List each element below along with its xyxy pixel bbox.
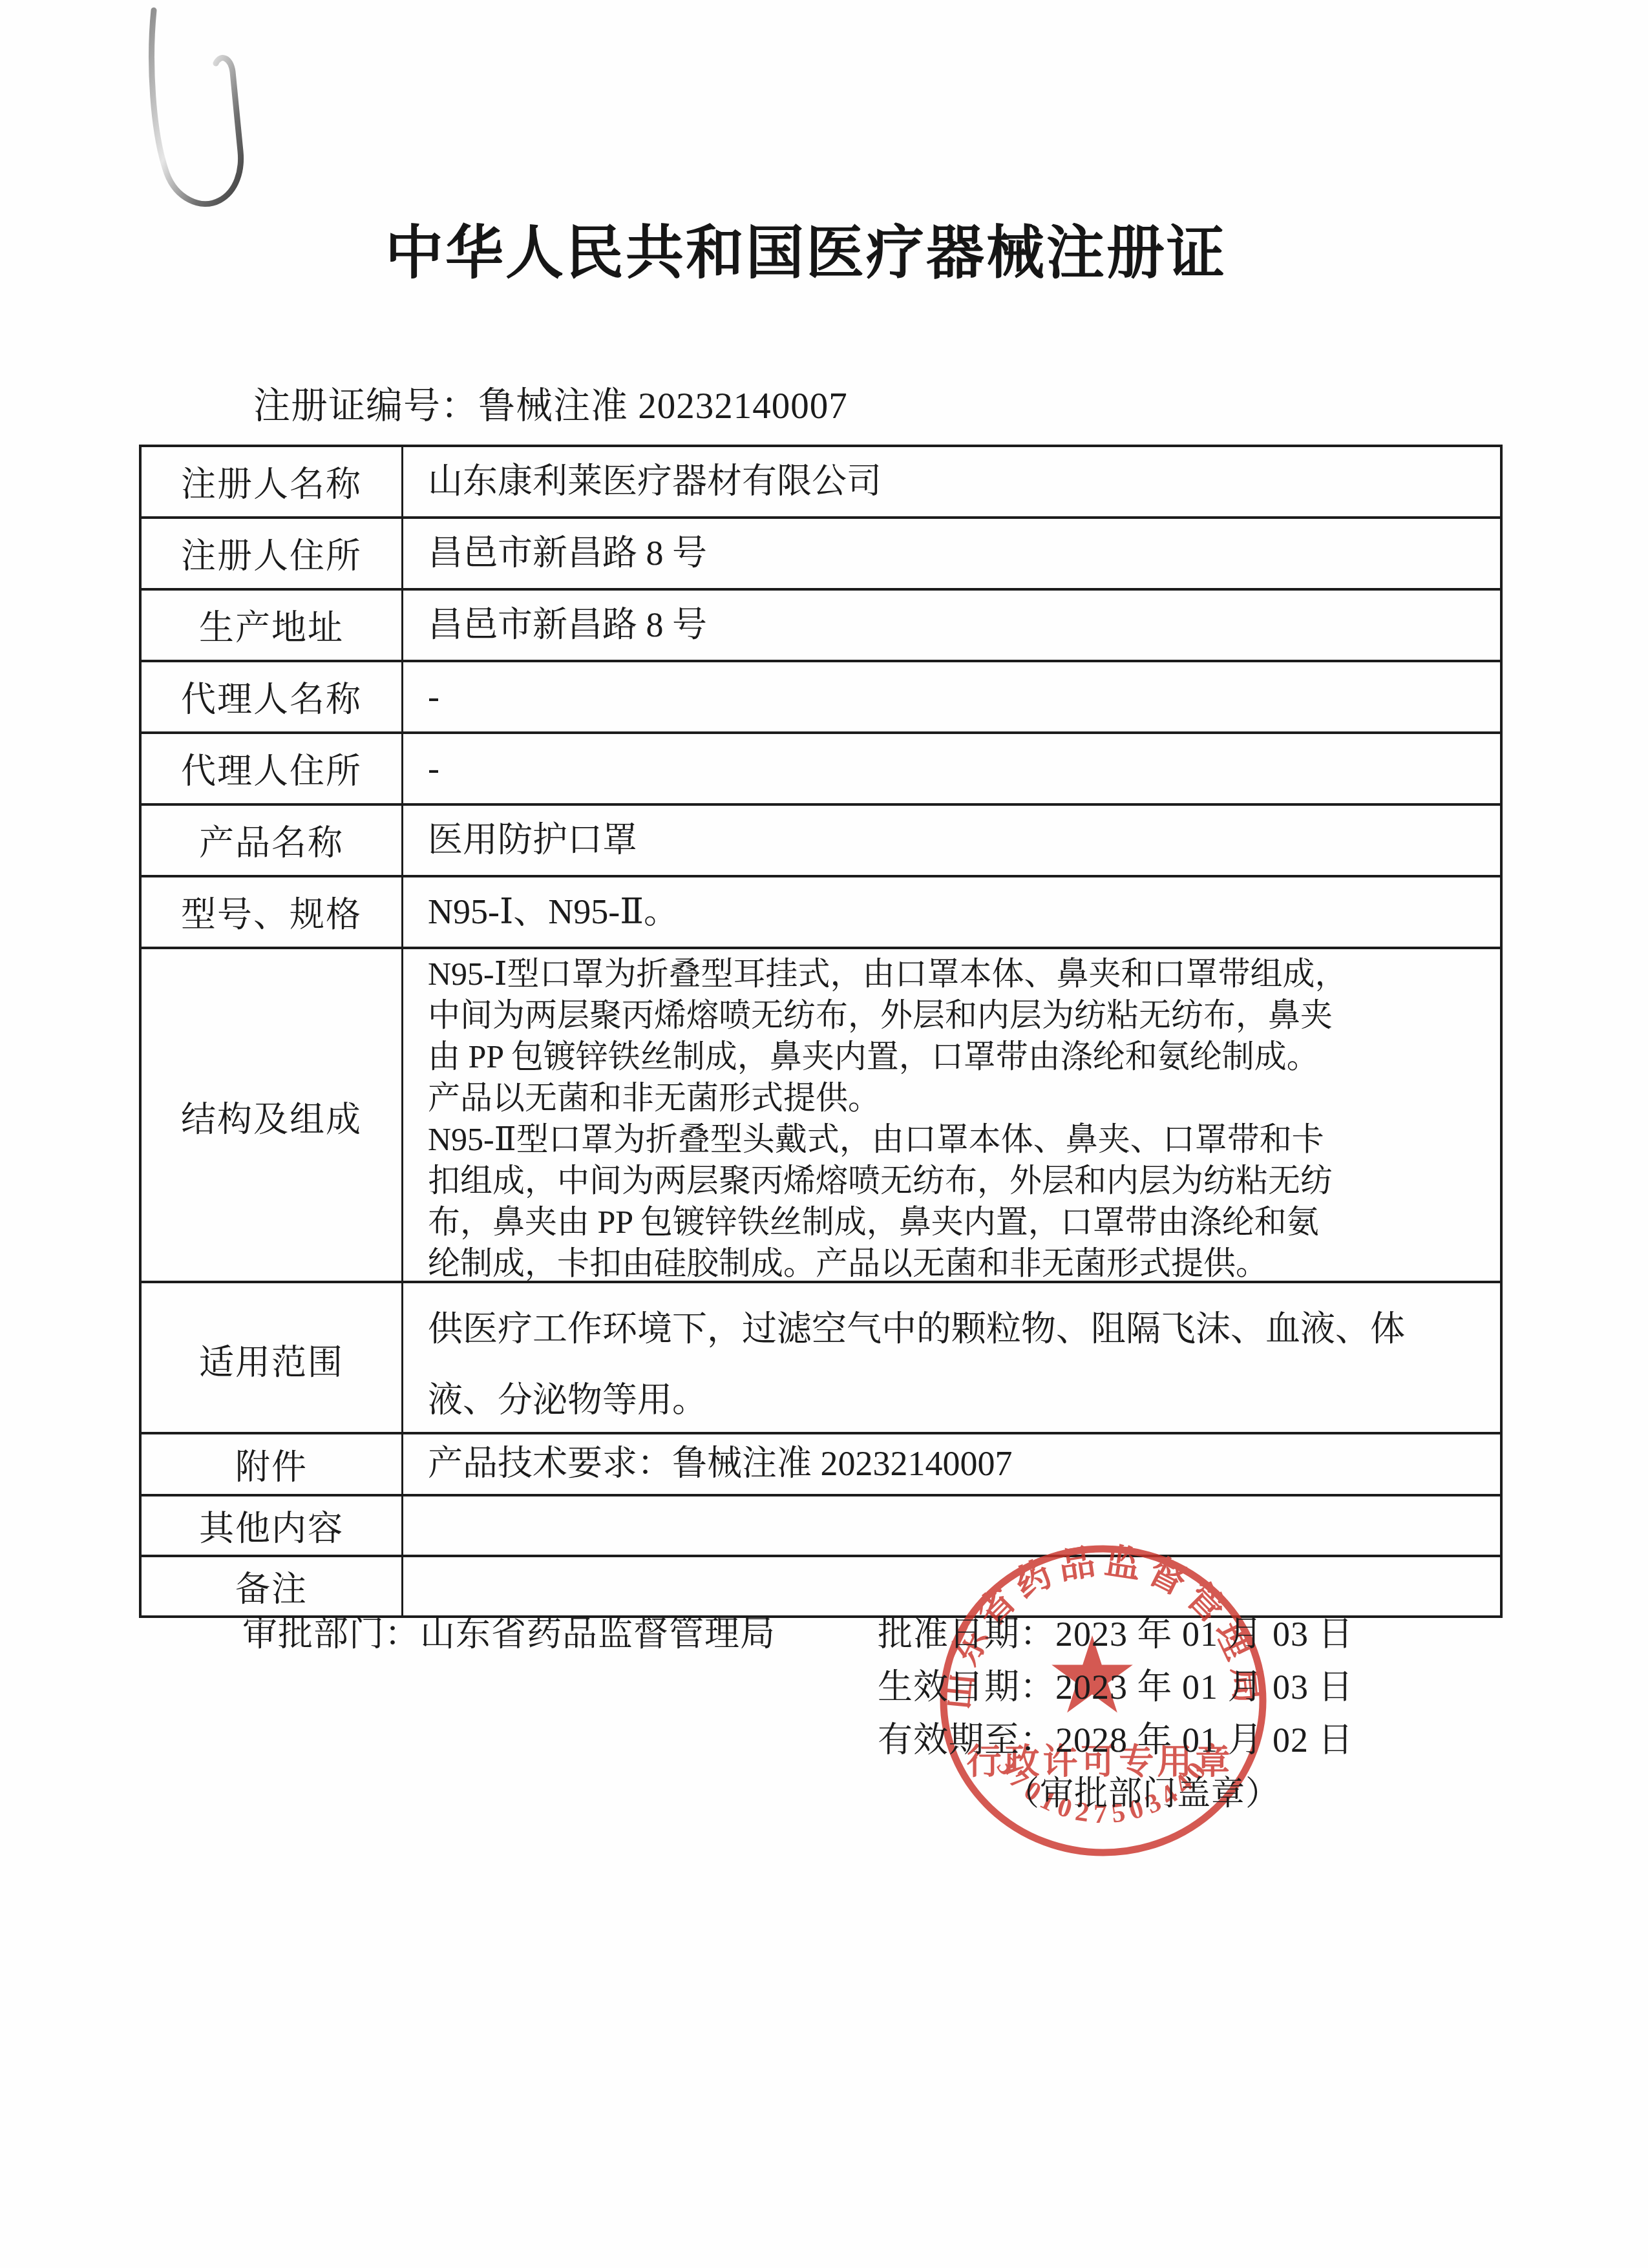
effective-date: 生效日期：2023 年 01 月 03 日 xyxy=(878,1659,1354,1709)
row-value: - xyxy=(403,662,1500,731)
row-label: 代理人名称 xyxy=(142,662,403,731)
row-label: 结构及组成 xyxy=(142,949,403,1284)
approval-date: 批准日期：2023 年 01 月 03 日 xyxy=(878,1606,1354,1656)
table-row: 代理人住所 - xyxy=(142,731,1500,803)
table-row: 型号、规格 N95-Ⅰ、N95-Ⅱ。 xyxy=(142,875,1500,947)
row-label: 注册人名称 xyxy=(142,447,403,516)
row-label: 生产地址 xyxy=(142,591,403,660)
table-row: 生产地址 昌邑市新昌路 8 号 xyxy=(142,588,1500,660)
row-value: 山东康利莱医疗器材有限公司 xyxy=(403,447,1500,516)
table-row: 代理人名称 - xyxy=(142,660,1500,731)
row-value: 供医疗工作环境下，过滤空气中的颗粒物、阻隔飞沫、血液、体 液、分泌物等用。 xyxy=(403,1283,1500,1436)
row-label: 型号、规格 xyxy=(142,877,403,947)
row-value: N95-Ⅰ、N95-Ⅱ。 xyxy=(403,877,1500,947)
table-row: 结构及组成 N95-Ⅰ型口罩为折叠型耳挂式，由口罩本体、鼻夹和口罩带组成， 中间… xyxy=(142,947,1500,1281)
row-value: N95-Ⅰ型口罩为折叠型耳挂式，由口罩本体、鼻夹和口罩带组成， 中间为两层聚丙烯… xyxy=(403,949,1500,1284)
seal-caption: （审批部门盖章） xyxy=(1006,1766,1280,1814)
row-value: - xyxy=(403,734,1500,803)
row-label: 注册人住所 xyxy=(142,519,403,588)
row-label: 附件 xyxy=(142,1434,403,1494)
table-row: 适用范围 供医疗工作环境下，过滤空气中的颗粒物、阻隔飞沫、血液、体 液、分泌物等… xyxy=(142,1281,1500,1432)
table-row: 注册人名称 山东康利莱医疗器材有限公司 xyxy=(142,447,1500,516)
valid-until-date: 有效期至：2028 年 01 月 02 日 xyxy=(878,1712,1354,1762)
row-label: 产品名称 xyxy=(142,806,403,875)
row-label: 适用范围 xyxy=(142,1283,403,1436)
row-value: 昌邑市新昌路 8 号 xyxy=(403,591,1500,660)
table-row: 产品名称 医用防护口罩 xyxy=(142,803,1500,875)
row-label: 代理人住所 xyxy=(142,734,403,803)
certificate-page: 中华人民共和国医疗器械注册证 注册证编号：鲁械注准 20232140007 注册… xyxy=(0,0,1648,2268)
row-value: 昌邑市新昌路 8 号 xyxy=(403,519,1500,588)
paperclip-icon xyxy=(136,4,265,224)
table-row: 注册人住所 昌邑市新昌路 8 号 xyxy=(142,516,1500,588)
registration-number-line: 注册证编号：鲁械注准 20232140007 xyxy=(253,376,848,429)
row-value: 产品技术要求：鲁械注准 20232140007 xyxy=(403,1434,1500,1494)
certificate-table: 注册人名称 山东康利莱医疗器材有限公司 注册人住所 昌邑市新昌路 8 号 生产地… xyxy=(139,445,1503,1618)
table-row: 其他内容 xyxy=(142,1494,1500,1555)
approval-department: 审批部门：山东省药品监督管理局 xyxy=(242,1606,776,1656)
row-value: 医用防护口罩 xyxy=(403,806,1500,875)
row-label: 其他内容 xyxy=(142,1496,403,1555)
table-row: 附件 产品技术要求：鲁械注准 20232140007 xyxy=(142,1432,1500,1494)
